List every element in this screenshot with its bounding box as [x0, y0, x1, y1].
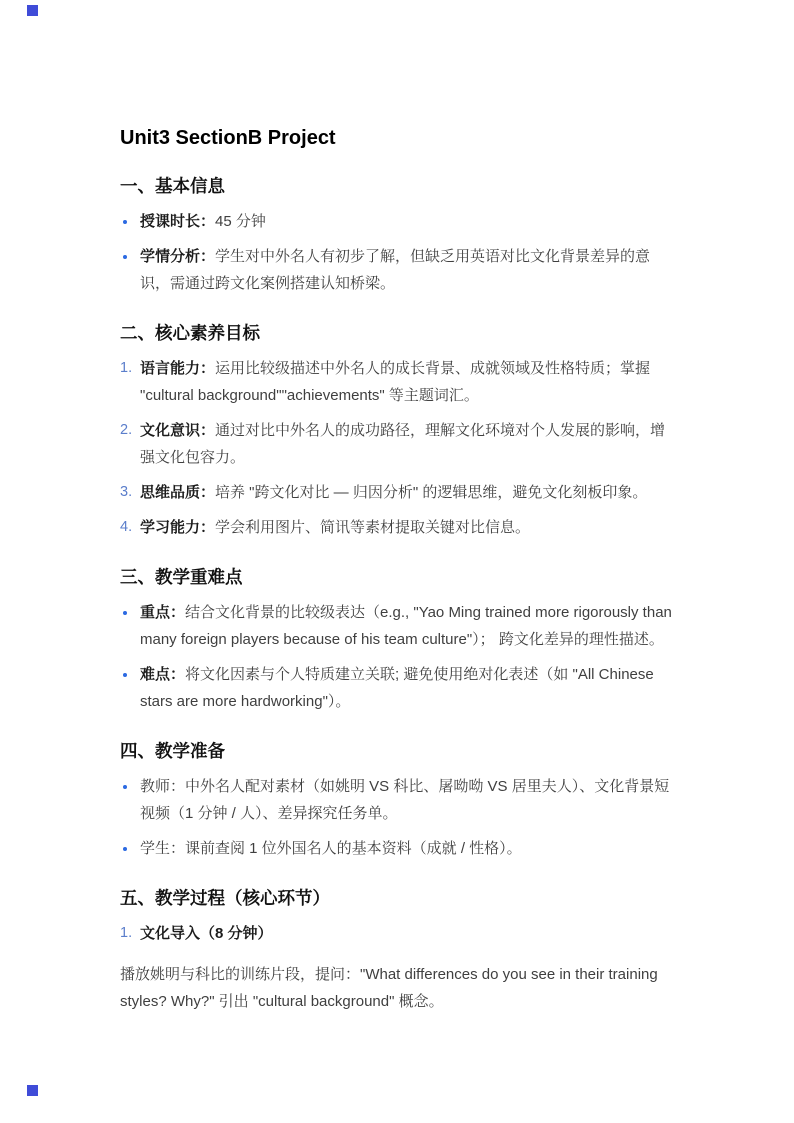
bullet-dot-icon	[120, 599, 140, 615]
section-basic-info: 一、基本信息 授课时长：45 分钟 学情分析：学生对中外名人有初步了解，但缺乏用…	[120, 174, 676, 297]
item-text: 45 分钟	[215, 213, 266, 230]
section-heading: 四、教学准备	[120, 739, 676, 763]
bullet-dot-icon	[120, 208, 140, 224]
item-label: 语言能力：	[140, 360, 215, 377]
list-number: 4.	[120, 514, 140, 541]
section-teaching-preparation: 四、教学准备 教师：中外名人配对素材（如姚明 VS 科比、屠呦呦 VS 居里夫人…	[120, 739, 676, 862]
section-key-difficult-points: 三、教学重难点 重点：结合文化背景的比较级表达（e.g., "Yao Ming …	[120, 565, 676, 715]
list-item: 难点：将文化因素与个人特质建立关联; 避免使用绝对化表述（如 "All Chin…	[120, 661, 676, 715]
list-number: 3.	[120, 479, 140, 506]
item-content: 学生：课前查阅 1 位外国名人的基本资料（成就 / 性格）。	[140, 835, 676, 862]
item-content: 学习能力：学会利用图片、简讯等素材提取关键对比信息。	[140, 514, 676, 541]
item-label: 学习能力：	[140, 519, 215, 536]
item-text: 培养 "跨文化对比 — 归因分析" 的逻辑思维，避免文化刻板印象。	[215, 484, 647, 501]
item-text: 教师：中外名人配对素材（如姚明 VS 科比、屠呦呦 VS 居里夫人）、文化背景短…	[140, 778, 669, 822]
item-label: 文化导入（8 分钟）	[140, 925, 273, 942]
item-content: 重点：结合文化背景的比较级表达（e.g., "Yao Ming trained …	[140, 599, 676, 653]
item-text: 通过对比中外名人的成功路径，理解文化环境对个人发展的影响，增强文化包容力。	[140, 422, 665, 466]
item-text: 学生对中外名人有初步了解，但缺乏用英语对比文化背景差异的意识，需通过跨文化案例搭…	[140, 248, 650, 292]
item-label: 思维品质：	[140, 484, 215, 501]
list-item: 1. 语言能力：运用比较级描述中外名人的成长背景、成就领域及性格特质；掌握 "c…	[120, 355, 676, 409]
item-label: 学情分析：	[140, 248, 215, 265]
page-corner-marker-bottom	[27, 1085, 38, 1096]
bullet-dot-icon	[120, 661, 140, 677]
bullet-list: 教师：中外名人配对素材（如姚明 VS 科比、屠呦呦 VS 居里夫人）、文化背景短…	[120, 773, 676, 862]
list-number: 1.	[120, 355, 140, 382]
list-item: 3. 思维品质：培养 "跨文化对比 — 归因分析" 的逻辑思维，避免文化刻板印象…	[120, 479, 676, 506]
item-text: 将文化因素与个人特质建立关联; 避免使用绝对化表述（如 "All Chinese…	[140, 666, 654, 710]
item-label: 重点：	[140, 604, 185, 621]
item-content: 文化意识：通过对比中外名人的成功路径，理解文化环境对个人发展的影响，增强文化包容…	[140, 417, 676, 471]
list-item: 学生：课前查阅 1 位外国名人的基本资料（成就 / 性格）。	[120, 835, 676, 862]
bullet-list: 重点：结合文化背景的比较级表达（e.g., "Yao Ming trained …	[120, 599, 676, 715]
bullet-dot-icon	[120, 835, 140, 851]
list-item: 2. 文化意识：通过对比中外名人的成功路径，理解文化环境对个人发展的影响，增强文…	[120, 417, 676, 471]
section-heading: 二、核心素养目标	[120, 321, 676, 345]
section-teaching-process: 五、教学过程（核心环节） 1. 文化导入（8 分钟） 播放姚明与科比的训练片段，…	[120, 886, 676, 1015]
list-item: 4. 学习能力：学会利用图片、简讯等素材提取关键对比信息。	[120, 514, 676, 541]
item-content: 语言能力：运用比较级描述中外名人的成长背景、成就领域及性格特质；掌握 "cult…	[140, 355, 676, 409]
item-content: 学情分析：学生对中外名人有初步了解，但缺乏用英语对比文化背景差异的意识，需通过跨…	[140, 243, 676, 297]
list-number: 2.	[120, 417, 140, 444]
item-content: 难点：将文化因素与个人特质建立关联; 避免使用绝对化表述（如 "All Chin…	[140, 661, 676, 715]
bullet-dot-icon	[120, 773, 140, 789]
item-text: 运用比较级描述中外名人的成长背景、成就领域及性格特质；掌握 "cultural …	[140, 360, 650, 404]
item-text: 学会利用图片、简讯等素材提取关键对比信息。	[215, 519, 530, 536]
item-label: 授课时长：	[140, 213, 215, 230]
ordered-list: 1. 文化导入（8 分钟）	[120, 920, 676, 947]
item-text: 学生：课前查阅 1 位外国名人的基本资料（成就 / 性格）。	[140, 840, 522, 857]
item-content: 文化导入（8 分钟）	[140, 920, 676, 947]
item-text: 结合文化背景的比较级表达（e.g., "Yao Ming trained mor…	[140, 604, 672, 648]
item-content: 教师：中外名人配对素材（如姚明 VS 科比、屠呦呦 VS 居里夫人）、文化背景短…	[140, 773, 676, 827]
item-content: 授课时长：45 分钟	[140, 208, 676, 235]
list-item: 重点：结合文化背景的比较级表达（e.g., "Yao Ming trained …	[120, 599, 676, 653]
list-item: 学情分析：学生对中外名人有初步了解，但缺乏用英语对比文化背景差异的意识，需通过跨…	[120, 243, 676, 297]
section-heading: 五、教学过程（核心环节）	[120, 886, 676, 910]
list-item: 授课时长：45 分钟	[120, 208, 676, 235]
section-heading: 一、基本信息	[120, 174, 676, 198]
bullet-list: 授课时长：45 分钟 学情分析：学生对中外名人有初步了解，但缺乏用英语对比文化背…	[120, 208, 676, 297]
ordered-list: 1. 语言能力：运用比较级描述中外名人的成长背景、成就领域及性格特质；掌握 "c…	[120, 355, 676, 541]
page-corner-marker-top	[27, 5, 38, 16]
list-number: 1.	[120, 920, 140, 947]
list-item: 教师：中外名人配对素材（如姚明 VS 科比、屠呦呦 VS 居里夫人）、文化背景短…	[120, 773, 676, 827]
item-label: 文化意识：	[140, 422, 215, 439]
item-label: 难点：	[140, 666, 185, 683]
item-content: 思维品质：培养 "跨文化对比 — 归因分析" 的逻辑思维，避免文化刻板印象。	[140, 479, 676, 506]
step-description: 播放姚明与科比的训练片段，提问："What differences do you…	[120, 961, 676, 1015]
section-heading: 三、教学重难点	[120, 565, 676, 589]
document-title: Unit3 SectionB Project	[120, 126, 676, 150]
bullet-dot-icon	[120, 243, 140, 259]
list-item: 1. 文化导入（8 分钟）	[120, 920, 676, 947]
document-page: Unit3 SectionB Project 一、基本信息 授课时长：45 分钟…	[0, 0, 794, 1123]
section-core-goals: 二、核心素养目标 1. 语言能力：运用比较级描述中外名人的成长背景、成就领域及性…	[120, 321, 676, 541]
